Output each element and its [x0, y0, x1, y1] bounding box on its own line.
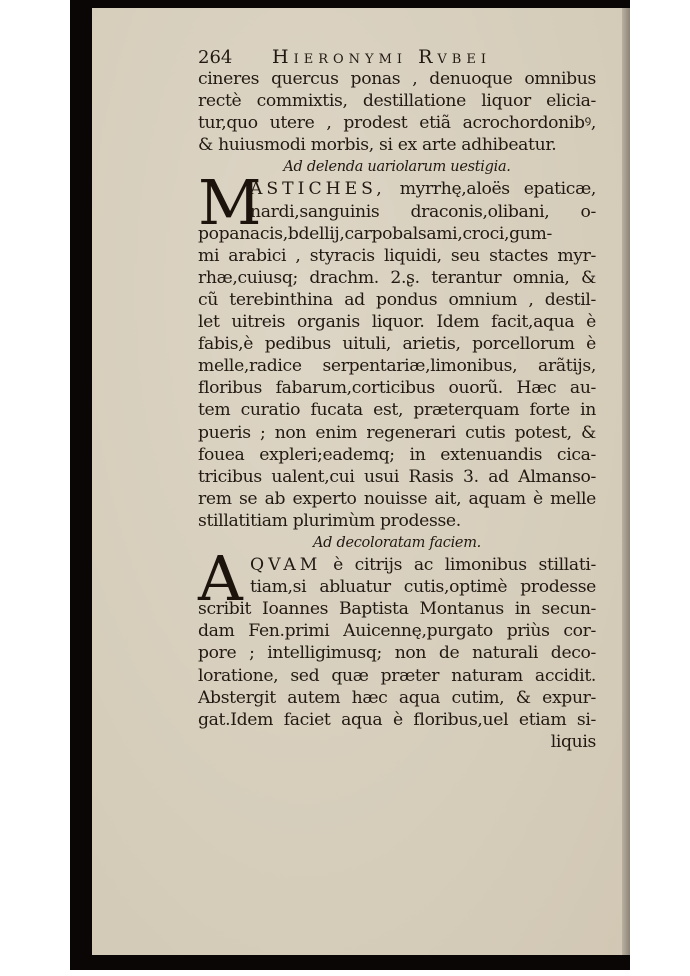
- text-line: fouea expleri;eademq; in extenuandis cic…: [198, 444, 596, 466]
- text-line: rectè commixtis, destillatione liquor el…: [198, 90, 596, 112]
- text-line: rem se ab experto nouisse ait, aquam è m…: [198, 488, 596, 510]
- text-line: let uitreis organis liquor. Idem facit,a…: [198, 311, 596, 333]
- text-line: & huiusmodi morbis, si ex arte adhibeatu…: [198, 134, 596, 156]
- text-line: dam Fen.primi Auicennę,purgato priùs cor…: [198, 620, 596, 642]
- page-number: 264: [198, 47, 258, 69]
- text-line: loratione, sed quæ præter naturam accidi…: [198, 665, 596, 687]
- section-heading-decoloratam: Ad decoloratam faciem.: [198, 532, 596, 554]
- section-paragraph-variola: M ASTICHES, myrrhę,aloës epaticæ, nardi,…: [198, 178, 596, 532]
- first-word: QVAM: [250, 555, 321, 575]
- drop-cap: A: [198, 554, 243, 604]
- text-line: tem curatio fucata est, præterquam forte…: [198, 399, 596, 421]
- section-paragraph-decoloratam: A QVAM è citrijs ac limonibus stillati- …: [198, 554, 596, 753]
- drop-cap: M: [198, 178, 261, 228]
- text-line: pore ; intelligimusq; non de naturali de…: [198, 642, 596, 664]
- text-line: gat.Idem faciet aqua è floribus,uel etia…: [198, 709, 596, 731]
- text-line: fabis,è pedibus uituli, arietis, porcell…: [198, 333, 596, 355]
- running-head: Hieronymi Rvbei: [272, 46, 491, 68]
- catchword: liquis: [198, 731, 596, 753]
- text-line: QVAM è citrijs ac limonibus stillati-: [198, 554, 596, 576]
- page-edge: [622, 8, 630, 955]
- text-line: cineres quercus ponas , denuoque omnibus: [198, 68, 596, 90]
- text-line: mi arabici , styracis liquidi, seu stact…: [198, 245, 596, 267]
- text-line: tiam,si abluatur cutis,optimè prodesse: [198, 576, 596, 598]
- text-block: 264 Hieronymi Rvbei cineres quercus pona…: [198, 46, 596, 753]
- text-line: rhæ,cuiusq; drachm. 2.ʂ. terantur omnia,…: [198, 267, 596, 289]
- text-line: tricibus ualent,cui usui Rasis 3. ad Alm…: [198, 466, 596, 488]
- text-line: scribit Ioannes Baptista Montanus in sec…: [198, 598, 596, 620]
- text-line: pueris ; non enim regenerari cutis potes…: [198, 422, 596, 444]
- text-line: melle,radice serpentariæ,limonibus, arãt…: [198, 355, 596, 377]
- page-header: 264 Hieronymi Rvbei: [198, 46, 596, 68]
- text-line: Abstergit autem hæc aqua cutim, & expur-: [198, 687, 596, 709]
- text-line: floribus fabarum,corticibus ouorũ. Hæc a…: [198, 377, 596, 399]
- text-line: tur,quo utere , prodest etiã acrochordon…: [198, 112, 596, 134]
- text-line: cũ terebinthina ad pondus omnium , desti…: [198, 289, 596, 311]
- text-line: stillatitiam plurimùm prodesse.: [198, 510, 596, 532]
- first-word: ASTICHES,: [250, 179, 386, 199]
- line-rest: myrrhę,aloës epaticæ,: [386, 179, 596, 199]
- line-rest: è citrijs ac limonibus stillati-: [321, 555, 596, 575]
- intro-paragraph: cineres quercus ponas , denuoque omnibus…: [198, 68, 596, 156]
